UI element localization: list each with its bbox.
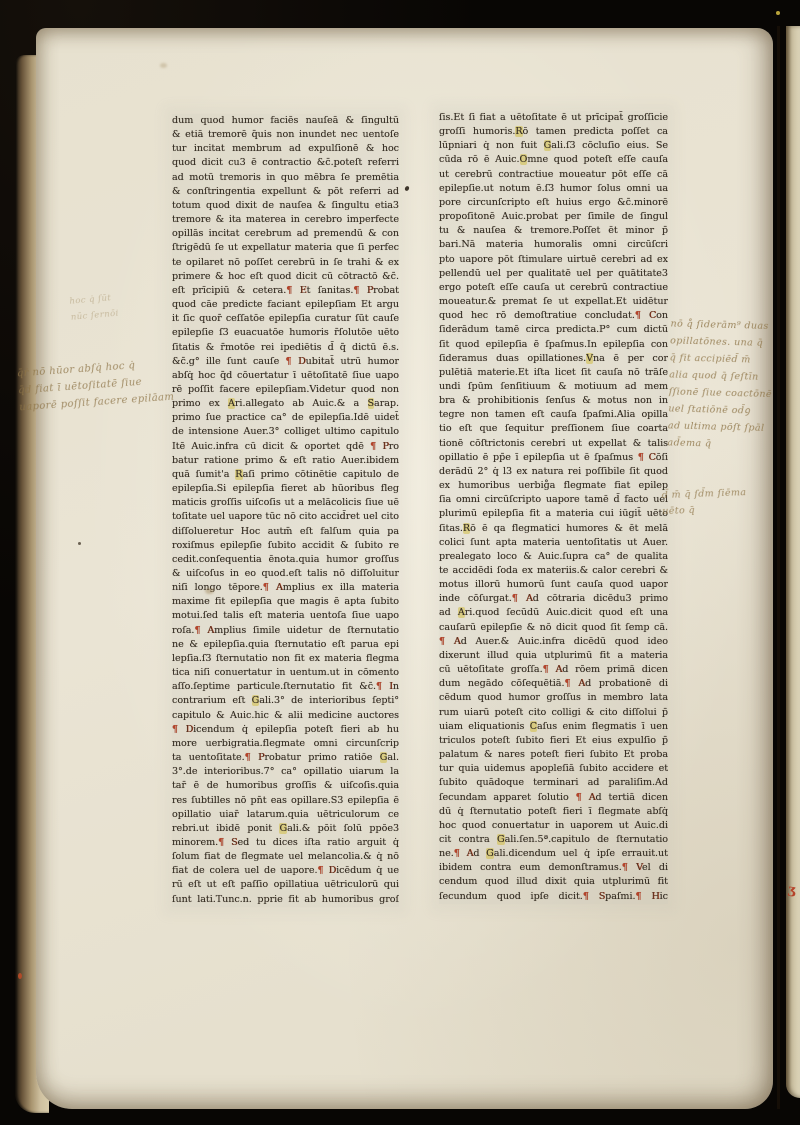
text-line: ſiderādum tamē circa predicta.P° cum dic… (439, 323, 668, 337)
text-line: plurimū epilepſia fit a materia cui iūgi… (439, 507, 668, 521)
text-line: ibidem contra eum demonſtramus.¶ Vel di (439, 861, 668, 875)
text-line: lepſia.ſ3 ſternutatio non fit ex materia… (172, 652, 399, 666)
text-line: tremore & ita materea in cerebro imperfe… (172, 213, 399, 227)
text-line: de intensione Auer.3° colliget ultimo ca… (172, 425, 399, 439)
column-left: dum quod humor faciēs nauſeā & ſingultū&… (172, 114, 399, 907)
text-line: moueatur.& premat ſe ut expellat.Et uidē… (439, 295, 668, 309)
text-line: quod cāe predicte faciant epilepſiam Et … (172, 298, 399, 312)
text-line: ſitatis & r̄motōe rei ipediētis d̄ q̄ di… (172, 341, 399, 355)
text-line: ta uentoſitate.¶ Probatur primo ratiōe G… (172, 751, 399, 765)
text-line: rē poſſit facere epilepſiam.Videtur quod… (172, 383, 399, 397)
text-line: cūda rō ē Auic.Omne quod poteſt eſſe cau… (439, 153, 668, 167)
text-line: bari.Nā materia humoralis omni circūſcri (439, 238, 668, 252)
text-line: colici ſunt apta materia uentoſitatis ut… (439, 536, 668, 550)
book-gutter (777, 26, 780, 1109)
text-line: & uiſcoſus in eo quod.eſt talis nō diſſo… (172, 567, 399, 581)
ink-speck (78, 542, 81, 545)
book-photo: dum quod humor faciēs nauſeā & ſingultū&… (0, 0, 800, 1125)
text-line: triculos poteſt ſubito fieri Et eius exp… (439, 734, 668, 748)
text-line: groſſi humoris.Rō tamen predicta poſſet … (439, 125, 668, 139)
margin-note-right-lower: d̄ m̄ q̄ ſd̄m ſiēmauēto q̄ (661, 484, 778, 520)
text-line: hoc quod conuertatur in uaporem ut Auic.… (439, 819, 668, 833)
text-line: tu & nauſea & tremore.Poſſet ēt minor p̄ (439, 224, 668, 238)
text-line: quod hec rō demoſtratiue concludat.¶ Con (439, 309, 668, 323)
text-line: res ſubtilles nō pn̄t eas opillare.S3 ep… (172, 794, 399, 808)
text-line: ſecundum quod ipſe dicit.¶ Spaſmi.¶ Hic (439, 890, 668, 904)
text-line: prealegato loco & Auic.ſupra ca° de qual… (439, 550, 668, 564)
text-line: inde cōſurgat.¶ Ad cōtraria dicēdu3 prim… (439, 592, 668, 606)
text-line: ſideramus duas opillationes.Vna ē per co… (439, 352, 668, 366)
text-line: opillatio uiar̄ latarum.quia uētriculoru… (172, 808, 399, 822)
text-line: dū q̇ ſternutatio poteſt fieri ī flegmat… (439, 805, 668, 819)
paper-stain (160, 63, 167, 68)
text-line: ſolum fiat de flegmate uel melancolia.& … (172, 850, 399, 864)
text-line: minorem.¶ Sed tu dices iſta ratio arguit… (172, 836, 399, 850)
text-line: tar̄ ē de humoribus groſſis & uiſcoſis.q… (172, 779, 399, 793)
text-line: abſq̇ hoc q̄d cōuertatur ī uētoſitatē ſi… (172, 369, 399, 383)
text-line: opillatio ē pp̄e ī epilepſia ut ē ſpaſmu… (439, 451, 668, 465)
text-line: ſia omni circūſcripto uapore tamē d̄ fac… (439, 493, 668, 507)
text-line: roſa.¶ Amplius ſimile uidetur de ſternut… (172, 624, 399, 638)
text-line: cedit.conſequentia ēnota.quia humor groſ… (172, 553, 399, 567)
text-line: cauſarū epilepſie & nō dicit quod ſit ſe… (439, 621, 668, 635)
text-line: ad̄ema q̄ (667, 434, 793, 454)
facing-page-red-mark: ʒ (787, 881, 800, 900)
text-line: rum uiarū poteſt cito colligi & cito diſ… (439, 706, 668, 720)
text-line: ne & epilepſia.quia ſternutatio eſt paru… (172, 638, 399, 652)
text-line: ſit quod epilepſia ē ſpaſmus.In epilepſi… (439, 338, 668, 352)
text-line: primo ex Ari.allegato ab Auic.& a Sarap. (172, 397, 399, 411)
text-line: uiam eliquationis Caſus enim flegmatis ī… (439, 720, 668, 734)
text-line: ergo poteſt eſſe cauſa ut cerebrū contra… (439, 281, 668, 295)
text-line: cendum quod illud dixit quia utplurimū f… (439, 875, 668, 889)
text-line: ſubito quādoque terminari ad paraliſim.A… (439, 776, 668, 790)
text-line: cū uētoſitate groſſa.¶ Ad rōem primā dic… (439, 663, 668, 677)
text-line: totum quod dixit de nauſea & ſingultu et… (172, 199, 399, 213)
text-line: ſunt lati.Tunc.n. pprie fit ab humoribus… (172, 893, 399, 907)
text-line: primere & hoc eſt quod dicit cū cōtractō… (172, 270, 399, 284)
text-line: maxime fit epilepſia que magis ē apta ſu… (172, 595, 399, 609)
text-line: diſſolueretur Hoc autm̄ eſt falſum quia … (172, 525, 399, 539)
text-line: propoſitonē Auic.probat per ſimile de ſi… (439, 210, 668, 224)
text-line: rū eſt ut eſt paſſio opillatiua uētricul… (172, 878, 399, 892)
text-line: pellendū uel per qualitatē uel per quāti… (439, 267, 668, 281)
text-line: & conſtringentia expellunt & pōt referri… (172, 185, 399, 199)
text-line: ſitas.Rō ē qa flegmatici humores & ēt me… (439, 522, 668, 536)
text-line: palatum & nares poteſt fieri ſubito Et p… (439, 748, 668, 762)
text-line: more uerbigratia.flegmate omni circunſcr… (172, 737, 399, 751)
text-line: dum negādo cōſequētiā.¶ Ad probationē di (439, 677, 668, 691)
text-line: ¶ Dicendum q̇ epilepſia poteſt fieri ab … (172, 723, 399, 737)
text-line: quā ſumit'a Raſi primo cōtinētie capitul… (172, 468, 399, 482)
text-line: capitulo & Auic.hic & alii medicine auct… (172, 709, 399, 723)
text-line: ut cerebrū contractiue moueatur pōt eſſe… (439, 168, 668, 182)
text-line: aſſo.ſeptime particule.ſternutatio fit &… (172, 680, 399, 694)
text-line: quod dicit cu3 ē contractio &c̄.poteſt r… (172, 156, 399, 170)
text-line: ad motū tremoris in quo mēbra ſe premēti… (172, 171, 399, 185)
text-line: epilepſie.ut notum ē.ſ3 humor ſolus omni… (439, 182, 668, 196)
text-line: tionē cōſtrictonis cerebri ut expellat &… (439, 437, 668, 451)
text-line: cit contra Gali.ſen.5ª.capitulo de ſtern… (439, 833, 668, 847)
text-line: derādū 2° q̇ l3 ex natura rei poſſibile … (439, 465, 668, 479)
text-line: undi ſpūm ſenſitiuum & motiuum ad mem (439, 380, 668, 394)
column-right: ſis.Et ſi fiat a uētoſitate ē ut prīcipa… (439, 111, 668, 904)
text-line: ne.¶ Ad Gali.dicendum uel q̇ ipſe erraui… (439, 847, 668, 861)
text-line: primo ſue practice ca° de epilepſia.Idē … (172, 411, 399, 425)
facing-page-edge (786, 26, 800, 1098)
text-line: tio eſt que ſequitur preſſionem ſiue coa… (439, 422, 668, 436)
text-line: ſecundam apparet ſolutio ¶ Ad tertiā dic… (439, 791, 668, 805)
text-line: lūpniari q̇ non fuit Gali.ſ3 cōcluſio ei… (439, 139, 668, 153)
text-line: te accidēdi ſoda ex materiis.& calor cer… (439, 564, 668, 578)
text-line: motus illorū humorū ſunt cauſa quod uapo… (439, 578, 668, 592)
yellow-speck (776, 11, 780, 15)
red-paint-speck (18, 973, 22, 979)
text-line: pto uapore pōt ſtimulare uirtuē cerebri … (439, 253, 668, 267)
text-line: Itē Auic.infra cū dicit & oportet qdē ¶ … (172, 440, 399, 454)
text-line: pulētiā materie.Et iſta licet ſit cauſa … (439, 366, 668, 380)
text-line: dixerunt illud quia utplurimū fit a mate… (439, 649, 668, 663)
text-line: motui.ſed talis eſt materia uentoſa ſiue… (172, 609, 399, 623)
text-line: tur incitat membrum ad expulſionē & hoc (172, 142, 399, 156)
margin-note-left: q̄ṙ nō hūor abſq̇ hoc q̇q̄d fiat ī uētoſ… (16, 355, 175, 417)
paper-stain (205, 588, 214, 594)
text-line: eſt prīcipiū & cetera.¶ Et ſanitas.¶ Pro… (172, 284, 399, 298)
text-line: contrarium eſt Gali.3° de interioribus ſ… (172, 694, 399, 708)
text-line: bra & prohibitionis ſenſus & motus non i… (439, 394, 668, 408)
text-line: tica niſi conuertatur in uentum.ut in cō… (172, 666, 399, 680)
text-line: dum quod humor faciēs nauſeā & ſingultū (172, 114, 399, 128)
text-line: epilepſie ſ3 euacuatōe humoris r̄ſolutōe… (172, 326, 399, 340)
text-line: pore circunſcripto eſt huius ergo &c̄.mi… (439, 196, 668, 210)
text-line: & etiā tremorē q̄uis non inundet nec uen… (172, 128, 399, 142)
text-line: rebri.ut ibidē ponit Gali.& pōit ſolū pp… (172, 822, 399, 836)
text-line: ſis.Et ſi fiat a uētoſitate ē ut prīcipa… (439, 111, 668, 125)
text-line: roxiſmus epilepſie ſubito accidit & ſubi… (172, 539, 399, 553)
text-line: ¶ Ad Auer.& Auic.infra dicēdū quod ideo (439, 635, 668, 649)
text-line: batur ratione primo & eſt ratio Auer.ibi… (172, 454, 399, 468)
text-line: fiat de colera uel de uapore.¶ Dicēdum q… (172, 864, 399, 878)
text-line: toſitate uel uapore tūc nō cito accid̄re… (172, 510, 399, 524)
text-line: te opilaret nō poſſet cerebrū in ſe trah… (172, 256, 399, 270)
text-line: cēdum quod humor groſſus in membro lata (439, 691, 668, 705)
text-line: ex humoribus uerbig̊a flegmate fiat epil… (439, 479, 668, 493)
text-line: it ſic quor̄ ceſſatōe epilepſia curatur … (172, 312, 399, 326)
text-line: ſtrigēdū ſe ut expellatur materia que ſi… (172, 241, 399, 255)
text-line: 3°.de interioribus.7° ca° opillatio uiar… (172, 765, 399, 779)
text-line: maticis groſſis uiſcoſis ut a melācolici… (172, 496, 399, 510)
text-line: &c̄.g° ille ſunt cauſe ¶ Dubitat̄ utrū h… (172, 355, 399, 369)
text-line: tegre non tamen eſt cauſa ſpaſmi.Alia op… (439, 408, 668, 422)
text-line: ad Ari.quod ſecūdū Auic.dicit quod eſt u… (439, 606, 668, 620)
text-line: opillās incitat cerebrum ad premendū & c… (172, 227, 399, 241)
text-line: epilepſia.Si epilepſia fieret ab hūoribu… (172, 482, 399, 496)
text-line: tur quia uidemus apopleſiā ſubito accide… (439, 762, 668, 776)
